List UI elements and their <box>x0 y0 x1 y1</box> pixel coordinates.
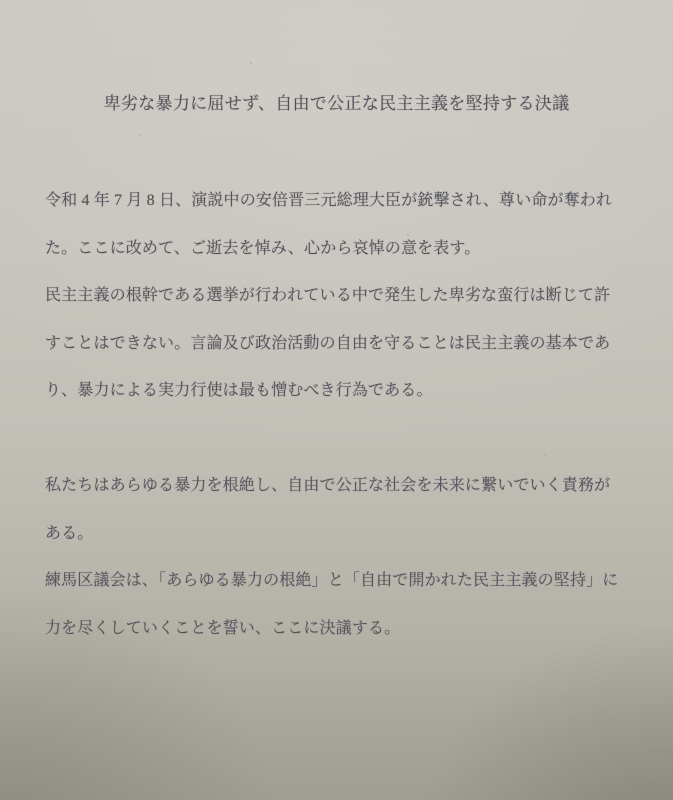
body-line: ある。 <box>45 510 635 558</box>
body-line: り、暴力による実力行使は最も憎むべき行為である。 <box>45 367 635 415</box>
body-line: 私たちはあらゆる暴力を根絶し、自由で公正な社会を未来に繋いでいく責務が <box>45 462 635 510</box>
body-line: 令和 4 年 7 月 8 日、演説中の安倍晋三元総理大臣が銃撃され、尊い命が奪わ… <box>45 177 635 225</box>
document-photo: 卑劣な暴力に屈せず、自由で公正な民主主義を堅持する決議 令和 4 年 7 月 8… <box>0 0 673 800</box>
document-title: 卑劣な暴力に屈せず、自由で公正な民主主義を堅持する決議 <box>0 89 673 114</box>
document-body: 令和 4 年 7 月 8 日、演説中の安倍晋三元総理大臣が銃撃され、尊い命が奪わ… <box>45 177 635 652</box>
body-line: た。ここに改めて、ご逝去を悼み、心から哀悼の意を表す。 <box>45 225 635 273</box>
paragraph: 練馬区議会は、「あらゆる暴力の根絶」と「自由で開かれた民主主義の堅持」に 力を尽… <box>45 557 635 652</box>
body-line: 民主主義の根幹である選挙が行われている中で発生した卑劣な蛮行は断じて許 <box>45 272 635 320</box>
body-line: 力を尽くしていくことを誓い、ここに決議する。 <box>45 605 635 653</box>
paragraph: 民主主義の根幹である選挙が行われている中で発生した卑劣な蛮行は断じて許 すことは… <box>45 272 635 415</box>
paragraph: 令和 4 年 7 月 8 日、演説中の安倍晋三元総理大臣が銃撃され、尊い命が奪わ… <box>45 177 635 272</box>
paragraph-spacer <box>45 415 635 463</box>
paragraph: 私たちはあらゆる暴力を根絶し、自由で公正な社会を未来に繋いでいく責務が ある。 <box>45 462 635 557</box>
body-line: 練馬区議会は、「あらゆる暴力の根絶」と「自由で開かれた民主主義の堅持」に <box>45 557 635 605</box>
body-line: すことはできない。言論及び政治活動の自由を守ることは民主主義の基本であ <box>45 320 635 368</box>
